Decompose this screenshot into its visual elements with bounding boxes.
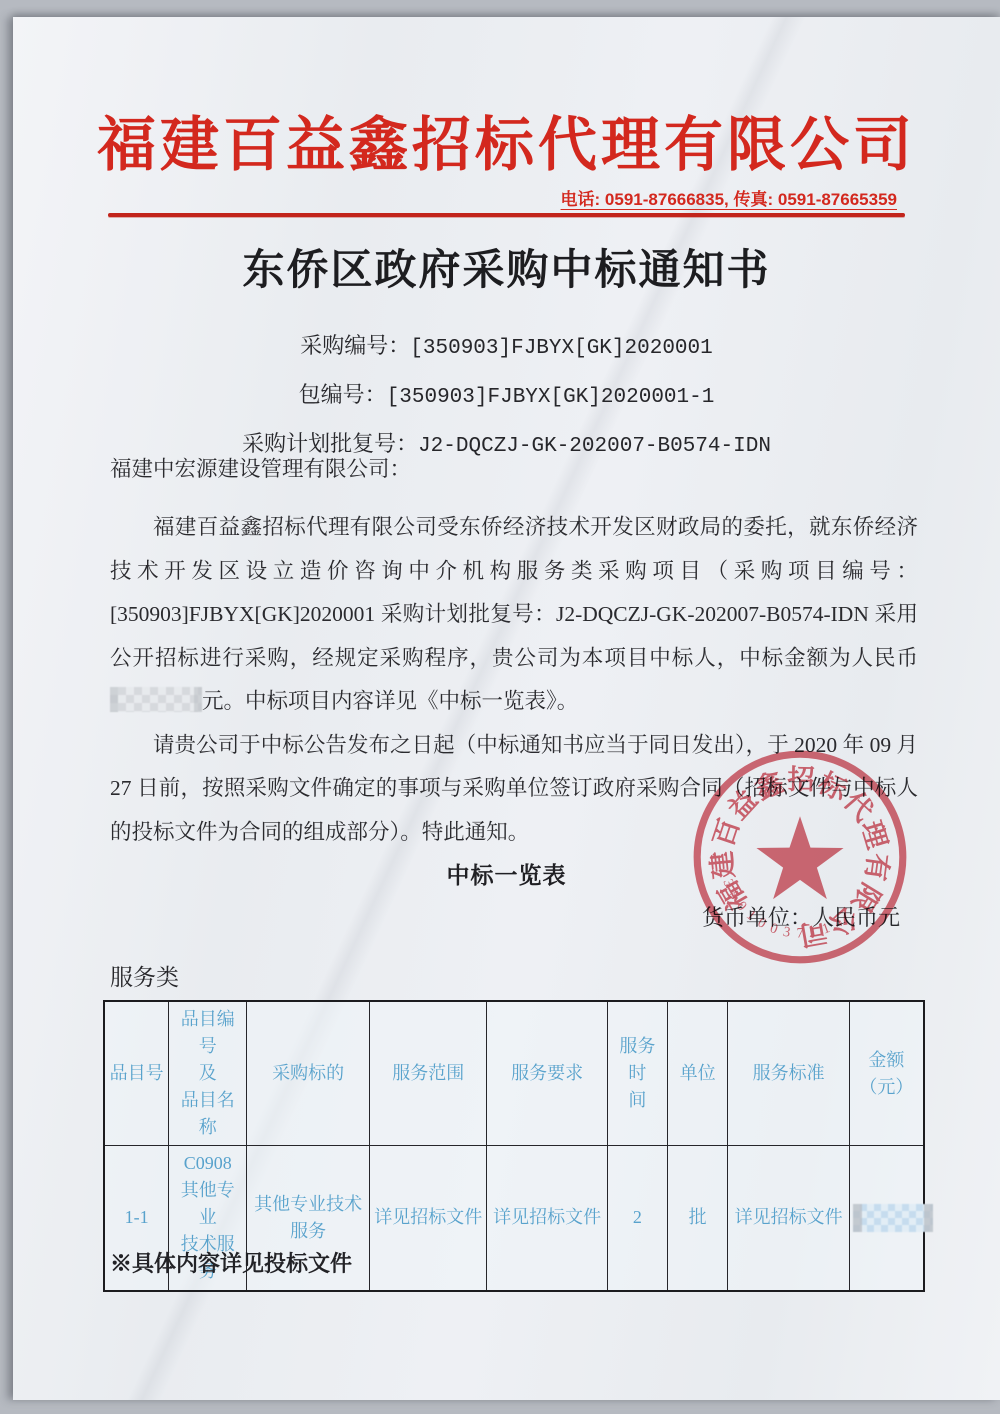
svg-text:理: 理: [856, 817, 893, 852]
col-header-unit: 单位: [667, 1001, 728, 1146]
document-page: 福建百益鑫招标代理有限公司 电话: 0591-87666835, 传真: 059…: [0, 0, 1000, 1414]
document-title: 东侨区政府采购中标通知书: [13, 237, 1000, 297]
package-number-label: 包编号：: [299, 382, 387, 407]
col-header-item-no: 品目号: [104, 1001, 169, 1146]
scanned-paper: 福建百益鑫招标代理有限公司 电话: 0591-87666835, 传真: 059…: [13, 17, 1000, 1400]
svg-text:0: 0: [755, 914, 769, 931]
letterhead-contact: 电话: 0591-87666835, 传真: 0591-87665359: [561, 185, 897, 210]
service-category-label: 服务类: [110, 959, 179, 992]
company-seal: 福建百益鑫招标代理有限公司 35010037114: [687, 742, 913, 972]
cell-amount: [849, 1146, 924, 1291]
redacted-amount-table: [853, 1204, 933, 1232]
svg-text:招: 招: [787, 764, 815, 795]
paragraph-award-text-before: 福建百益鑫招标代理有限公司受东侨经济技术开发区财政局的委托，就东侨经济技术开发区…: [110, 515, 918, 670]
col-header-service-time: 服务时 间: [607, 1001, 667, 1146]
letterhead-rule: [108, 213, 905, 217]
col-header-item-code-name: 品目编号 及 品目名称: [169, 1001, 247, 1146]
table-header-row: 品目号 品目编号 及 品目名称 采购标的 服务范围 服务要求 服务时 间 单位 …: [104, 1001, 924, 1146]
cell-unit: 批: [667, 1146, 728, 1291]
addressee: 福建中宏源建设管理有限公司：: [110, 454, 918, 484]
seal-star-icon: [756, 816, 843, 899]
procurement-number-value: [350903]FJBYX[GK]2020001: [410, 337, 712, 360]
cell-service-standard: 详见招标文件: [728, 1146, 849, 1291]
package-number-value: [350903]FJBYX[GK]2020001-1: [387, 386, 715, 409]
paragraph-award: 福建百益鑫招标代理有限公司受东侨经济技术开发区财政局的委托，就东侨经济技术开发区…: [110, 506, 918, 724]
plan-approval-number-label: 采购计划批复号：: [242, 431, 418, 456]
svg-text:3: 3: [782, 924, 792, 941]
col-header-service-scope: 服务范围: [370, 1001, 487, 1146]
letterhead-company-name: 福建百益鑫招标代理有限公司: [13, 97, 1000, 182]
paragraph-award-text-after: 元。中标项目内容详见《中标一览表》。: [202, 689, 578, 713]
cell-service-scope: 详见招标文件: [370, 1146, 487, 1291]
redacted-amount-inline: [110, 687, 202, 712]
col-header-service-requirements: 服务要求: [487, 1001, 608, 1146]
svg-text:0: 0: [768, 920, 780, 937]
procurement-number-label: 采购编号：: [300, 333, 410, 358]
procurement-number-line: 采购编号：[350903]FJBYX[GK]2020001: [13, 323, 1000, 372]
col-header-service-standard: 服务标准: [728, 1001, 849, 1146]
package-number-line: 包编号：[350903]FJBYX[GK]2020001-1: [13, 372, 1000, 421]
svg-text:建: 建: [707, 849, 740, 880]
svg-text:有: 有: [860, 852, 894, 883]
svg-text:7: 7: [796, 925, 803, 941]
svg-text:1: 1: [743, 907, 759, 924]
reference-numbers: 采购编号：[350903]FJBYX[GK]2020001 包编号：[35090…: [13, 323, 1000, 470]
cell-service-time: 2: [607, 1146, 667, 1291]
col-header-procurement-subject: 采购标的: [247, 1001, 370, 1146]
col-header-amount: 金额 （元）: [849, 1001, 924, 1146]
footnote: ※具体内容详见投标文件: [110, 1247, 352, 1278]
cell-service-requirements: 详见招标文件: [487, 1146, 608, 1291]
